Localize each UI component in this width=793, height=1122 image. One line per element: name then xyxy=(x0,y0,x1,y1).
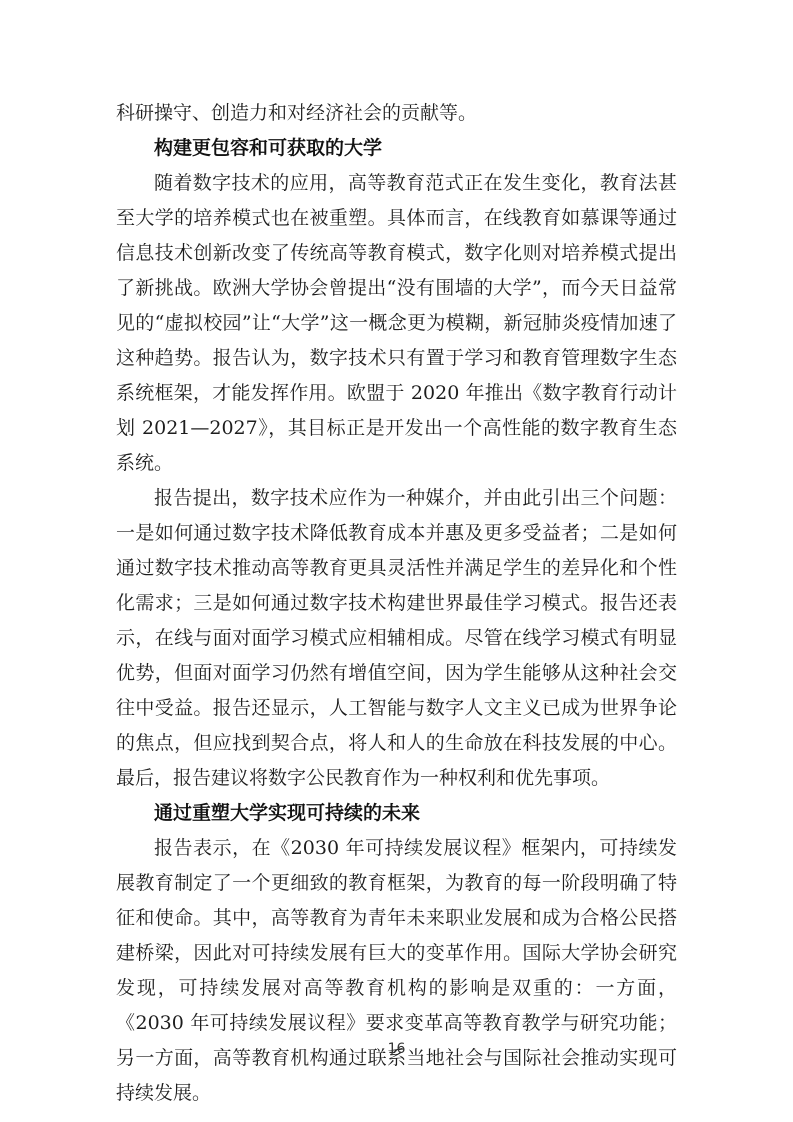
document-page: 科研操守、创造力和对经济社会的贡献等。 构建更包容和可获取的大学 随着数字技术的… xyxy=(0,0,793,1122)
paragraph-sustainable-development: 报告表示，在《2030 年可持续发展议程》框架内，可持续发展教育制定了一个更细致… xyxy=(116,831,677,1111)
paragraph-three-questions: 报告提出，数字技术应作为一种媒介，并由此引出三个问题：一是如何通过数字技术降低教… xyxy=(116,481,677,796)
section-heading-inclusive-university: 构建更包容和可获取的大学 xyxy=(116,131,677,166)
paragraph-digital-transformation: 随着数字技术的应用，高等教育范式正在发生变化，教育法甚至大学的培养模式也在被重塑… xyxy=(116,166,677,481)
paragraph-continuation: 科研操守、创造力和对经济社会的贡献等。 xyxy=(116,96,677,131)
page-footer: 16 xyxy=(0,1040,793,1058)
page-number: 16 xyxy=(388,1041,406,1057)
section-heading-sustainable-future: 通过重塑大学实现可持续的未来 xyxy=(116,796,677,831)
page-body: 科研操守、创造力和对经济社会的贡献等。 构建更包容和可获取的大学 随着数字技术的… xyxy=(116,96,677,1111)
